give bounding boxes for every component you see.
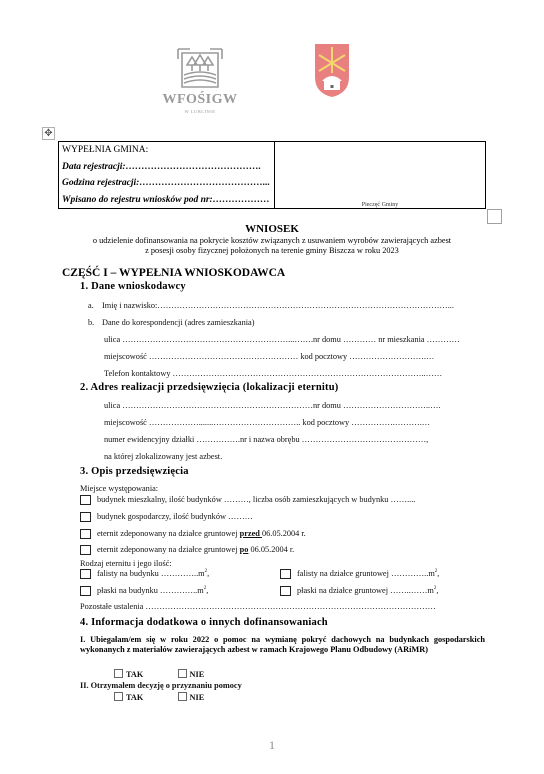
checkbox[interactable]: [280, 569, 291, 579]
section4-heading: 4. Informacja dodatkowa o innych dofinan…: [80, 617, 328, 628]
wfosigw-logo: WFOŚIGW W LUBLINIE: [160, 45, 240, 120]
checkbox[interactable]: [80, 529, 91, 539]
stamp-area: Pieczęć Gminy: [275, 142, 486, 209]
checkbox[interactable]: [80, 586, 91, 596]
applicant-phone-field[interactable]: Telefon kontaktowy …………………………………………………………: [104, 369, 442, 378]
section2-heading: 2. Adres realizacji przedsięwzięcia (lok…: [80, 382, 338, 393]
resize-handle[interactable]: [487, 209, 502, 224]
yes-label: TAK: [126, 670, 143, 679]
part-heading: CZĘŚĆ I – WYPEŁNIA WNIOSKODAWCA: [62, 267, 285, 279]
type-corrugated-building[interactable]: falisty na budynku …………..m2,: [80, 569, 209, 579]
document-subtitle-2: z posesji osoby fizycznej położonych na …: [0, 246, 544, 255]
page-number: 1: [0, 738, 544, 753]
place-after-text: eternit zdeponowany na działce gruntowej: [97, 545, 240, 554]
q1-no-option[interactable]: NIE: [178, 670, 205, 679]
checkbox[interactable]: [178, 692, 187, 701]
table-move-handle-icon[interactable]: ✥: [42, 127, 55, 140]
place-label: Miejsce występowania:: [80, 484, 158, 493]
registration-header: WYPEŁNIA GMINA:: [62, 142, 274, 159]
type-end: ,: [207, 569, 209, 578]
parcel-note: na której zlokalizowany jest azbest.: [104, 452, 222, 461]
applicant-name-field[interactable]: a.Imię i nazwisko:……………………………………………………………: [88, 301, 454, 310]
no-label: NIE: [190, 670, 205, 679]
site-street-field[interactable]: ulica ……………………………………………………………nr domu …………: [104, 401, 440, 410]
wfosigw-subtitle: W LUBLINIE: [160, 109, 240, 114]
question-2: II. Otrzymałem decyzję o przyznaniu pomo…: [80, 681, 242, 690]
document-title: WNIOSEK: [0, 223, 544, 235]
q2-yes-option[interactable]: TAK: [114, 693, 143, 702]
item-a-label: a.: [88, 301, 102, 310]
document-subtitle-1: o udzielenie dofinansowania na pokrycie …: [0, 236, 544, 245]
applicant-name-text: Imię i nazwisko:…………………………………………………………………: [102, 301, 454, 310]
place-residential-text: budynek mieszkalny, ilość budynków ………, …: [97, 495, 415, 504]
checkbox[interactable]: [178, 669, 187, 678]
type-flat-building[interactable]: płaski na budynku …………..m2,: [80, 586, 208, 596]
q2-no-option[interactable]: NIE: [178, 693, 205, 702]
q2-options: TAK NIE: [114, 692, 204, 702]
type-label: Rodzaj eternitu i jego ilość:: [80, 559, 172, 568]
type-end: ,: [436, 586, 438, 595]
place-farm-text: budynek gospodarczy, ilość budynków ………: [97, 512, 253, 521]
type-text: falisty na działce gruntowej …………..m: [297, 569, 435, 578]
parcel-field[interactable]: numer ewidencyjny działki …………….nr i naz…: [104, 435, 428, 444]
correspondence-label: b.Dane do korespondencji (adres zamieszk…: [88, 318, 255, 327]
applicant-street-field[interactable]: ulica ……………………………………………………...…….nr domu …: [104, 335, 460, 344]
checkbox[interactable]: [80, 512, 91, 522]
wfosigw-emblem-icon: [160, 45, 240, 93]
yes-label: TAK: [126, 693, 143, 702]
type-text: falisty na budynku …………..m: [97, 569, 205, 578]
checkbox[interactable]: [80, 569, 91, 579]
place-before-text: eternit zdeponowany na działce gruntowej: [97, 529, 240, 538]
type-end: ,: [206, 586, 208, 595]
type-text: płaski na działce gruntowej ……..……m: [297, 586, 434, 595]
registration-number-field[interactable]: Wpisano do rejestru wniosków pod nr:……………: [62, 192, 274, 209]
q1-yes-option[interactable]: TAK: [114, 670, 143, 679]
place-residential[interactable]: budynek mieszkalny, ilość budynków ………, …: [80, 495, 415, 505]
section1-heading: 1. Dane wnioskodawcy: [80, 281, 186, 292]
item-b-label: b.: [88, 318, 102, 327]
registration-box: WYPEŁNIA GMINA: Data rejestracji:……………………: [58, 141, 486, 209]
place-before-bold: przed: [240, 529, 262, 538]
type-flat-ground[interactable]: płaski na działce gruntowej ……..……m2,: [280, 586, 438, 596]
site-city-field[interactable]: miejscowość ……………….......………………………….. ko…: [104, 418, 430, 427]
correspondence-text: Dane do korespondencji (adres zamieszkan…: [102, 318, 255, 327]
registration-time-field[interactable]: Godzina rejestracji:…………………………………...: [62, 175, 274, 192]
type-text: płaski na budynku …………..m: [97, 586, 204, 595]
type-corrugated-ground[interactable]: falisty na działce gruntowej …………..m2,: [280, 569, 439, 579]
q1-options: TAK NIE: [114, 669, 204, 679]
wfosigw-name: WFOŚIGW: [160, 92, 240, 108]
coat-of-arms-logo: [314, 43, 350, 98]
other-findings-field[interactable]: Pozostałe ustalenia ………………………………………………………: [80, 602, 436, 611]
place-after-date: 06.05.2004 r.: [248, 545, 294, 554]
type-end: ,: [437, 569, 439, 578]
checkbox[interactable]: [280, 586, 291, 596]
section3-heading: 3. Opis przedsięwzięcia: [80, 466, 189, 477]
applicant-city-field[interactable]: miejscowość ……………………………………………… kod poczt…: [104, 352, 434, 361]
checkbox[interactable]: [114, 692, 123, 701]
place-farm[interactable]: budynek gospodarczy, ilość budynków ………: [80, 512, 253, 522]
registration-date-field[interactable]: Data rejestracji:…………………………………….: [62, 159, 274, 176]
place-before-2004[interactable]: eternit zdeponowany na działce gruntowej…: [80, 529, 306, 539]
no-label: NIE: [190, 693, 205, 702]
stamp-label: Pieczęć Gminy: [275, 202, 485, 208]
coat-of-arms-icon: [314, 43, 350, 98]
checkbox[interactable]: [80, 495, 91, 505]
question-1: I. Ubiegałam/em się w roku 2022 o pomoc …: [80, 635, 485, 655]
place-after-2004[interactable]: eternit zdeponowany na działce gruntowej…: [80, 545, 294, 555]
place-before-date: 06.05.2004 r.: [262, 529, 306, 538]
checkbox[interactable]: [80, 545, 91, 555]
checkbox[interactable]: [114, 669, 123, 678]
